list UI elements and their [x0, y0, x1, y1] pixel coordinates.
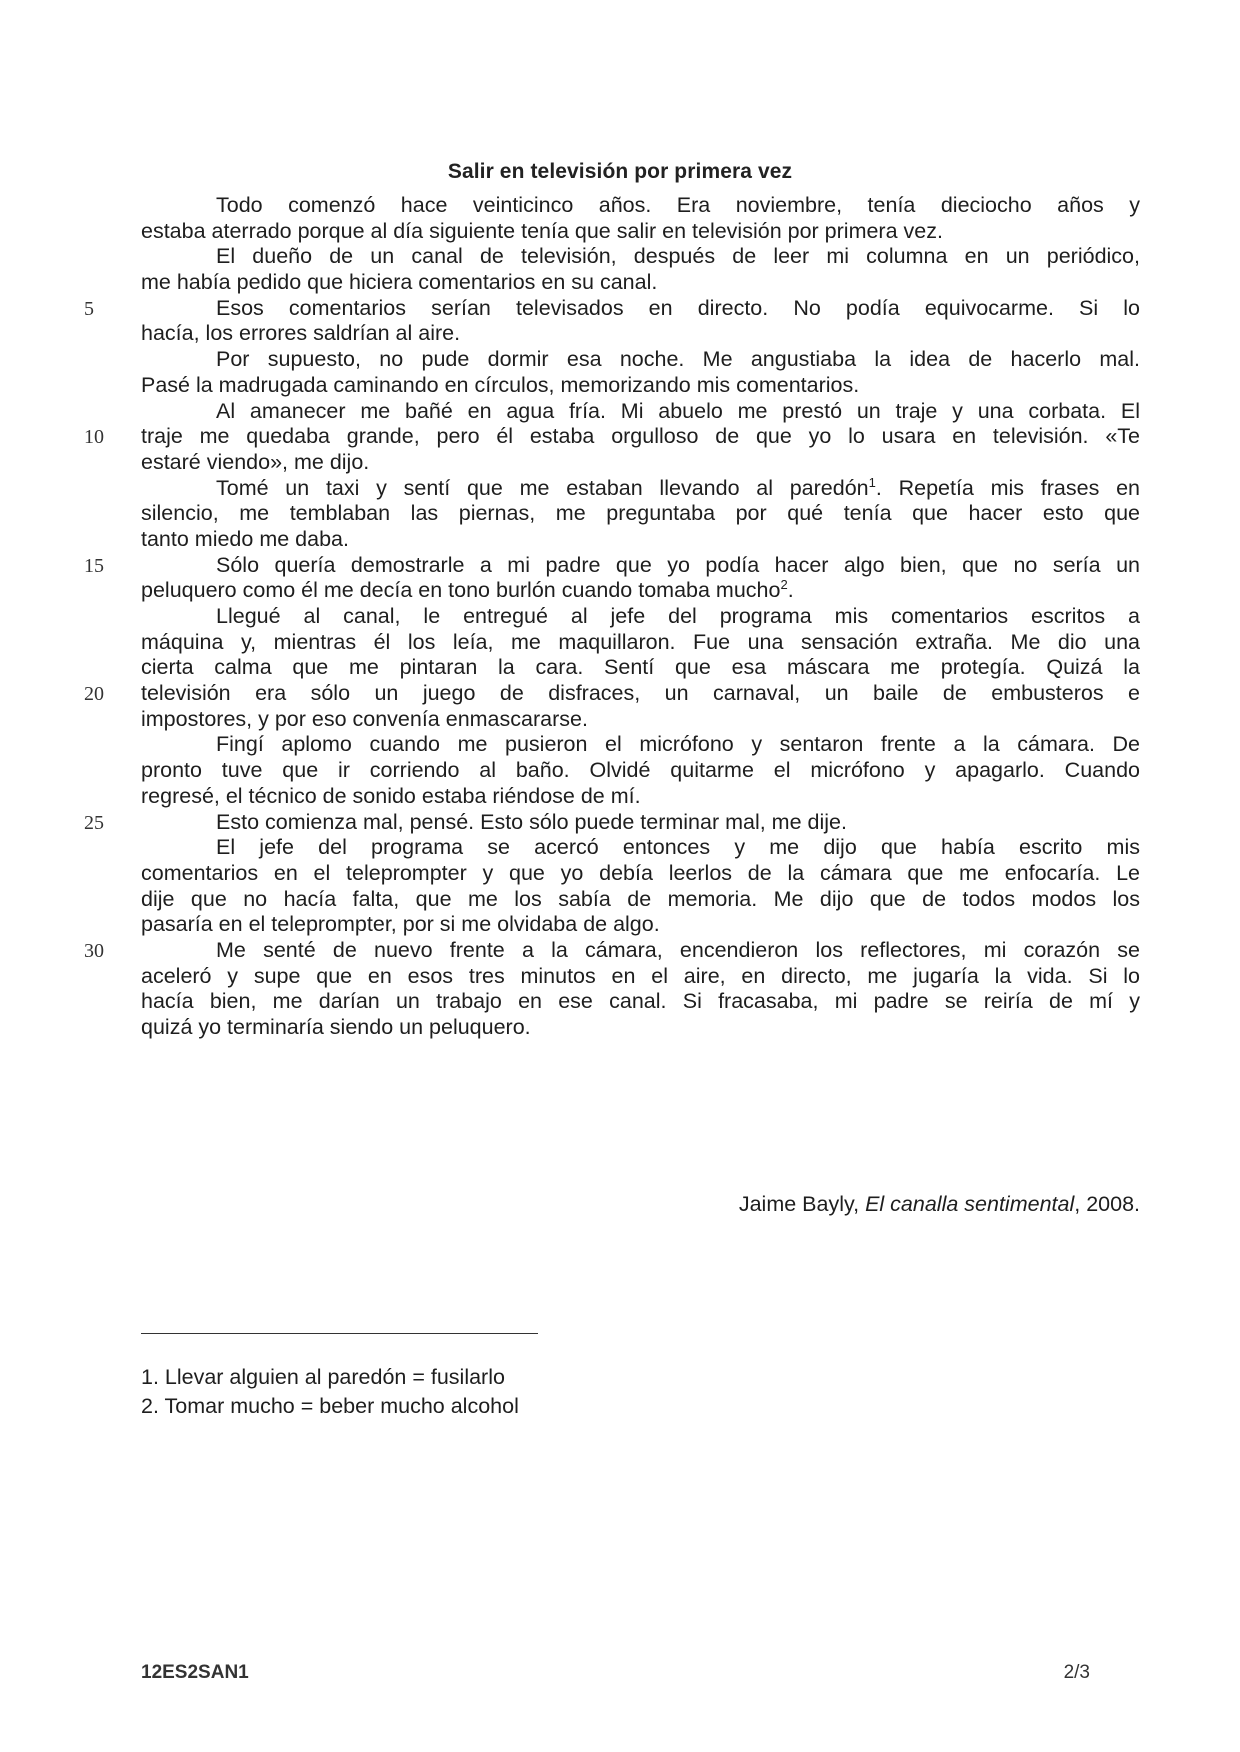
- line-text: Sólo quería demostrarle a mi padre que y…: [216, 553, 1140, 579]
- line-text: tanto miedo me daba.: [141, 527, 1140, 553]
- exam-page: Salir en televisión por primera vez Todo…: [0, 0, 1240, 1752]
- line-text: quizá yo terminaría siendo un peluquero.: [141, 1015, 1140, 1041]
- text-line: hacía bien, me darían un trabajo en ese …: [141, 989, 1140, 1015]
- line-text: peluquero como él me decía en tono burló…: [141, 578, 1140, 604]
- line-number: 25: [84, 811, 114, 837]
- line-text: impostores, y por eso convenía enmascara…: [141, 707, 1140, 733]
- text-line: Por supuesto, no pude dormir esa noche. …: [141, 347, 1140, 373]
- text-line: silencio, me temblaban las piernas, me p…: [141, 501, 1140, 527]
- citation-book-title: El canalla sentimental: [865, 1192, 1074, 1216]
- text-line: aceleró y supe que en esos tres minutos …: [141, 964, 1140, 990]
- line-text: estaba aterrado porque al día siguiente …: [141, 219, 1140, 245]
- footnote-1: 1. Llevar alguien al paredón = fusilarlo: [141, 1363, 519, 1392]
- text-line: tanto miedo me daba.: [141, 527, 1140, 553]
- line-number: 10: [84, 425, 114, 451]
- page-number: 2/3: [1064, 1662, 1090, 1684]
- line-text: El dueño de un canal de televisión, desp…: [216, 244, 1140, 270]
- text-line: Al amanecer me bañé en agua fría. Mi abu…: [141, 399, 1140, 425]
- exam-code: 12ES2SAN1: [141, 1662, 249, 1684]
- text-line: me había pedido que hiciera comentarios …: [141, 270, 1140, 296]
- line-text: máquina y, mientras él los leía, me maqu…: [141, 630, 1140, 656]
- text-line: comentarios en el teleprompter y que yo …: [141, 861, 1140, 887]
- text-line: 20televisión era sólo un juego de disfra…: [141, 681, 1140, 707]
- line-text: televisión era sólo un juego de disfrace…: [141, 681, 1140, 707]
- text-line: 10traje me quedaba grande, pero él estab…: [141, 424, 1140, 450]
- line-number: 30: [84, 939, 114, 965]
- text-line: El jefe del programa se acercó entonces …: [141, 835, 1140, 861]
- document-title: Salir en televisión por primera vez: [0, 160, 1240, 184]
- text-line: estaré viendo», me dijo.: [141, 450, 1140, 476]
- text-line: 15Sólo quería demostrarle a mi padre que…: [141, 553, 1140, 579]
- line-text: Al amanecer me bañé en agua fría. Mi abu…: [216, 399, 1140, 425]
- text-line: quizá yo terminaría siendo un peluquero.: [141, 1015, 1140, 1041]
- line-text: Pasé la madrugada caminando en círculos,…: [141, 373, 1140, 399]
- text-line: pronto tuve que ir corriendo al baño. Ol…: [141, 758, 1140, 784]
- text-line: Fingí aplomo cuando me pusieron el micró…: [141, 732, 1140, 758]
- line-text: Tomé un taxi y sentí que me estaban llev…: [216, 476, 1140, 502]
- text-line: peluquero como él me decía en tono burló…: [141, 578, 1140, 604]
- text-line: hacía, los errores saldrían al aire.: [141, 321, 1140, 347]
- text-line: Todo comenzó hace veinticinco años. Era …: [141, 193, 1140, 219]
- line-text: Esto comienza mal, pensé. Esto sólo pued…: [216, 810, 1140, 836]
- footnote-marker: 2: [780, 577, 787, 592]
- text-line: impostores, y por eso convenía enmascara…: [141, 707, 1140, 733]
- text-line: máquina y, mientras él los leía, me maqu…: [141, 630, 1140, 656]
- line-text: Esos comentarios serían televisados en d…: [216, 296, 1140, 322]
- text-line: 25Esto comienza mal, pensé. Esto sólo pu…: [141, 810, 1140, 836]
- text-line: Pasé la madrugada caminando en círculos,…: [141, 373, 1140, 399]
- line-number: 15: [84, 554, 114, 580]
- text-body: Todo comenzó hace veinticinco años. Era …: [141, 193, 1140, 1041]
- text-line: Llegué al canal, le entregué al jefe del…: [141, 604, 1140, 630]
- line-text: regresé, el técnico de sonido estaba rié…: [141, 784, 1140, 810]
- text-line: El dueño de un canal de televisión, desp…: [141, 244, 1140, 270]
- text-line: dije que no hacía falta, que me los sabí…: [141, 887, 1140, 913]
- line-text: me había pedido que hiciera comentarios …: [141, 270, 1140, 296]
- text-line: 5Esos comentarios serían televisados en …: [141, 296, 1140, 322]
- citation-year: , 2008.: [1074, 1192, 1140, 1216]
- citation-author: Jaime Bayly,: [739, 1192, 865, 1216]
- line-text: dije que no hacía falta, que me los sabí…: [141, 887, 1140, 913]
- line-text: cierta calma que me pintaran la cara. Se…: [141, 655, 1140, 681]
- line-text: Me senté de nuevo frente a la cámara, en…: [216, 938, 1140, 964]
- line-text: hacía, los errores saldrían al aire.: [141, 321, 1140, 347]
- text-line: Tomé un taxi y sentí que me estaban llev…: [141, 476, 1140, 502]
- text-line: regresé, el técnico de sonido estaba rié…: [141, 784, 1140, 810]
- line-text: comentarios en el teleprompter y que yo …: [141, 861, 1140, 887]
- text-line: cierta calma que me pintaran la cara. Se…: [141, 655, 1140, 681]
- line-text: hacía bien, me darían un trabajo en ese …: [141, 989, 1140, 1015]
- line-text: Todo comenzó hace veinticinco años. Era …: [216, 193, 1140, 219]
- line-text: Por supuesto, no pude dormir esa noche. …: [216, 347, 1140, 373]
- line-text: silencio, me temblaban las piernas, me p…: [141, 501, 1140, 527]
- line-text: traje me quedaba grande, pero él estaba …: [141, 424, 1140, 450]
- text-line: pasaría en el teleprompter, por si me ol…: [141, 912, 1140, 938]
- text-line: estaba aterrado porque al día siguiente …: [141, 219, 1140, 245]
- footnote-marker: 1: [869, 474, 876, 489]
- line-number: 5: [84, 297, 114, 323]
- text-line: 30Me senté de nuevo frente a la cámara, …: [141, 938, 1140, 964]
- footnote-2: 2. Tomar mucho = beber mucho alcohol: [141, 1392, 519, 1421]
- line-number: 20: [84, 682, 114, 708]
- line-text: aceleró y supe que en esos tres minutos …: [141, 964, 1140, 990]
- line-text: pronto tuve que ir corriendo al baño. Ol…: [141, 758, 1140, 784]
- line-text: estaré viendo», me dijo.: [141, 450, 1140, 476]
- footnote-divider: [141, 1333, 538, 1334]
- line-text: pasaría en el teleprompter, por si me ol…: [141, 912, 1140, 938]
- line-text: Llegué al canal, le entregué al jefe del…: [216, 604, 1140, 630]
- line-text: Fingí aplomo cuando me pusieron el micró…: [216, 732, 1140, 758]
- footnotes: 1. Llevar alguien al paredón = fusilarlo…: [141, 1363, 519, 1421]
- line-text: El jefe del programa se acercó entonces …: [216, 835, 1140, 861]
- source-citation: Jaime Bayly, El canalla sentimental, 200…: [739, 1192, 1140, 1217]
